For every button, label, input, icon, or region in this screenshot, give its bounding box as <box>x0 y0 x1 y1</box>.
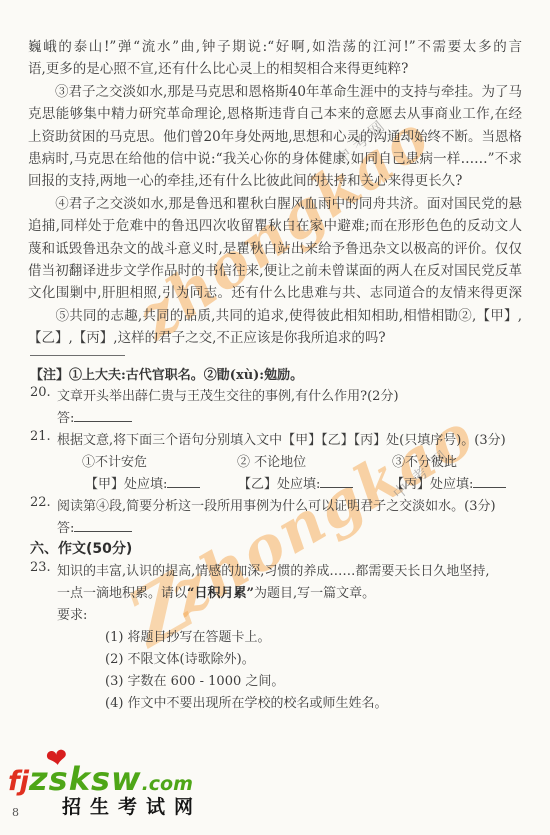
page-number: 8 <box>12 806 19 819</box>
blank-label: 【甲】处应填: <box>85 477 167 492</box>
question-23-number: 23. <box>30 560 57 579</box>
question-21: 21. 根据文意,将下面三个语句分别填入文中【甲】【乙】【丙】处(只填序号)。(… <box>30 429 522 448</box>
question-23-line1: 知识的丰富,认识的提高,情感的加深,习惯的养成……都需要天长日久地坚持, <box>57 560 522 579</box>
question-23-line2a: 一点一滴地积累。请以 <box>57 586 187 601</box>
article-text: 巍峨的泰山!”弹“流水”曲,钟子期说:“好啊,如浩荡的江河!”不需要太多的言语,… <box>28 36 522 349</box>
article-line: 语,更多的是心照不宣,还有什么比心灵上的相契相合来得更纯粹? <box>28 58 522 80</box>
article-line: 借当初翻译进步文学作品时的书信往来,便让之前未曾谋面的两人在反对国民党反革命 <box>28 260 522 282</box>
question-21-number: 21. <box>30 429 57 448</box>
requirement-item: (1) 将题目抄写在答题卡上。 <box>105 626 522 645</box>
site-logo-block: 8 ❤ fjzsksw.com 招生考试网 <box>0 742 260 832</box>
option-item: ③不分彼此 <box>392 451 522 470</box>
question-23-line2: 一点一滴地积累。请以“日积月累”为题目,写一篇文章。 <box>57 582 522 601</box>
question-23: 23. 知识的丰富,认识的提高,情感的加深,习惯的养成……都需要天长日久地坚持, <box>30 560 522 579</box>
essay-title: “日积月累” <box>187 586 254 601</box>
logo-fj: fj <box>8 766 29 797</box>
question-20-answer: 答: <box>57 407 522 426</box>
fill-blank-line[interactable] <box>167 475 200 488</box>
footnote: 【注】①上大夫:古代官职名。②勖(xù):勉励。 <box>30 364 522 383</box>
blank-item: 【乙】处应填: <box>238 473 391 492</box>
blank-item: 【丙】处应填: <box>391 473 522 492</box>
question-20-number: 20. <box>30 385 57 404</box>
question-21-blanks: 【甲】处应填:【乙】处应填:【丙】处应填: <box>85 473 522 492</box>
answer-label: 答: <box>57 411 74 426</box>
article-line: 患病时,马克思在给他的信中说:“我关心你的身体健康,如同自己患病一样……”不求 <box>28 148 522 170</box>
blank-label: 【乙】处应填: <box>238 477 320 492</box>
requirement-item: (4) 作文中不要出现所在学校的校名或师生姓名。 <box>105 692 522 711</box>
article-line: 回报的支持,两地一心的牵挂,还有什么比彼此间的扶持和关心来得更长久? <box>28 170 522 192</box>
requirement-item: (2) 不限文体(诗歌除外)。 <box>105 648 522 667</box>
option-item: ② 不论地位 <box>237 451 392 470</box>
watermark-zhongkaowang-lower: 中考网 <box>388 439 459 503</box>
blank-item: 【甲】处应填: <box>85 473 238 492</box>
answer-label: 答: <box>57 521 74 536</box>
site-logo-subtitle: 招生考试网 <box>62 792 202 819</box>
question-23-line2b: 为题目,写一篇文章。 <box>254 586 375 601</box>
fill-blank-line[interactable] <box>320 475 353 488</box>
answer-blank-line[interactable] <box>74 408 132 422</box>
question-20-text: 文章开头举出薛仁贵与王茂生交往的事例,有什么作用?(2分) <box>57 385 522 404</box>
question-22: 22. 阅读第④段,简要分析这一段所用事例为什么可以证明君子之交淡如水。(3分) <box>30 495 522 514</box>
requirements-label: 要求: <box>57 604 522 623</box>
article-line: ④君子之交淡如水,那是鲁迅和瞿秋白腥风血雨中的同舟共济。面对国民党的悬赏 <box>28 193 522 215</box>
option-item: ①不计安危 <box>82 451 237 470</box>
article-line: ⑤共同的志趣,共同的品质,共同的追求,使得彼此相知相助,相惜相勖②,【甲】, <box>28 305 522 327</box>
question-20: 20. 文章开头举出薛仁贵与王茂生交往的事例,有什么作用?(2分) <box>30 385 522 404</box>
article-line: 追捕,同样处于危难中的鲁迅四次收留瞿秋白在家中避难;而在形形色色的反动文人侮 <box>28 215 522 237</box>
fill-blank-line[interactable] <box>473 475 506 488</box>
article-line: ③君子之交淡如水,那是马克思和恩格斯40年革命生涯中的支持与牵挂。为了马 <box>28 81 522 103</box>
article-line: 蔑和诋毁鲁迅杂文的战斗意义时,是瞿秋白站出来给予鲁迅杂文以极高的评价。仅仅凭 <box>28 238 522 260</box>
question-22-number: 22. <box>30 495 57 514</box>
question-22-text: 阅读第④段,简要分析这一段所用事例为什么可以证明君子之交淡如水。(3分) <box>57 495 522 514</box>
article-line: 【乙】,【丙】,这样的君子之交,不正应该是你我所追求的吗? <box>28 327 522 349</box>
article-line: 巍峨的泰山!”弹“流水”曲,钟子期说:“好啊,如浩荡的江河!”不需要太多的言 <box>28 36 522 58</box>
section-6-heading: 六、作文(50分) <box>30 538 522 558</box>
exam-paper-page: zhongkao zhongkao Z 中考网 中考网 巍峨的泰山!”弹“流水”… <box>0 0 550 835</box>
question-22-answer: 答: <box>57 517 522 536</box>
article-line: 克思能够集中精力研究革命理论,恩格斯违背自己本来的意愿去从事商业工作,在经济 <box>28 103 522 125</box>
answer-blank-line[interactable] <box>74 518 132 532</box>
article-line: 文化围剿中,肝胆相照,引为同志。还有什么比患难与共、志同道合的友情来得更深厚? <box>28 282 522 304</box>
article-line: 上资助贫困的马克思。他们曾20年身处两地,思想和心灵的沟通却始终不断。当恩格斯 <box>28 126 522 148</box>
blank-label: 【丙】处应填: <box>391 477 473 492</box>
question-21-text: 根据文意,将下面三个语句分别填入文中【甲】【乙】【丙】处(只填序号)。(3分) <box>57 429 522 448</box>
requirement-item: (3) 字数在 600 - 1000 之间。 <box>105 670 522 689</box>
question-21-options: ①不计安危② 不论地位③不分彼此 <box>82 451 522 470</box>
footnote-separator <box>30 355 125 356</box>
